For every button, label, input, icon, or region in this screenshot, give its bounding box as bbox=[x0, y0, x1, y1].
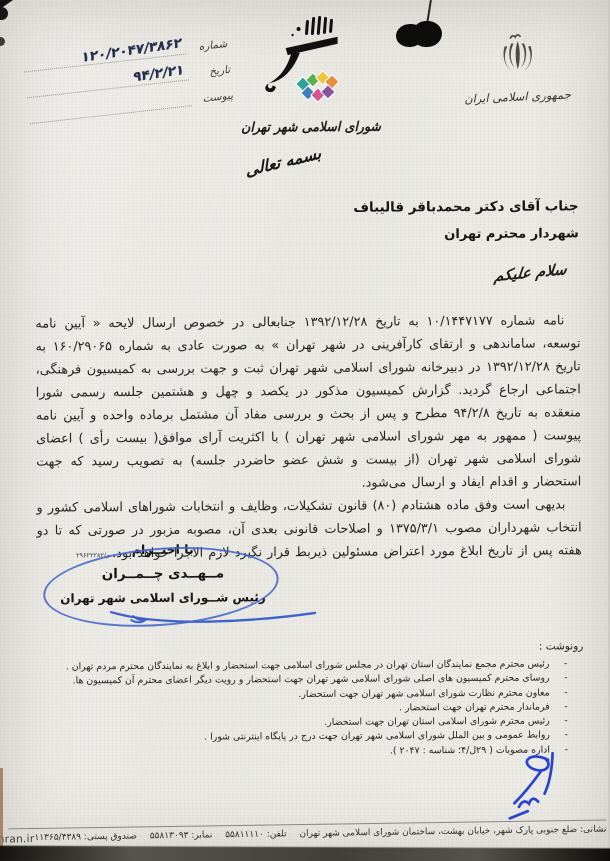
dash-icon: - bbox=[560, 729, 568, 743]
state-emblem-block: جمهوری اسلامی ایران bbox=[450, 28, 585, 104]
cc-label: رونوشت : bbox=[29, 640, 583, 655]
handwritten-blue-note bbox=[490, 744, 586, 831]
letter-body: نامه شماره ۱۰/۱۴۴۷۱۷۷ به تاریخ ۱۳۹۲/۱۲/۲… bbox=[35, 309, 582, 567]
bismillah-calligraphy: بسمه تعالی bbox=[229, 139, 338, 184]
council-logo-block: شورای اسلامی شهر تهران bbox=[240, 12, 369, 135]
date-label: تاریخ bbox=[188, 64, 231, 81]
cc-item-text: معاون محترم نظارت شورای اسلامی شهر تهران… bbox=[298, 686, 549, 702]
scanned-letter-page: شماره ۱۲۰/۲۰۴۷/۳۸۶۲ تاریخ ۹۴/۲/۲۱ پیوست bbox=[0, 0, 610, 861]
dash-icon: - bbox=[560, 715, 568, 729]
recipient-name: جناب آقای دکتر محمدباقر قالیباف bbox=[353, 198, 578, 215]
footer-phone-label: تلفن: bbox=[267, 829, 287, 839]
body-paragraph-1: نامه شماره ۱۰/۱۴۴۷۱۷۷ به تاریخ ۱۳۹۲/۱۲/۲… bbox=[35, 309, 581, 496]
scan-bottom-shadow bbox=[0, 846, 610, 861]
cc-item-text: رئیس محترم شورای اسلامی استان تهران جهت … bbox=[324, 715, 550, 731]
dash-icon: - bbox=[559, 657, 567, 671]
footer-pobox-label: صندوق پستی: bbox=[84, 832, 137, 843]
handwritten-date: ۹۴/۲/۲۱ bbox=[133, 62, 185, 86]
footer-fax-label: نمابر: bbox=[191, 830, 212, 840]
state-name: جمهوری اسلامی ایران bbox=[450, 87, 585, 107]
footer-fax: ۵۵۸۱۳۰۹۳ bbox=[150, 831, 189, 842]
attachment-label: پیوست bbox=[191, 90, 234, 107]
council-name: شورای اسلامی شهر تهران bbox=[241, 118, 369, 135]
footer-phone: ۵۵۸۱۱۱۱۰ bbox=[225, 830, 264, 841]
cc-section: رونوشت : -رئیس محترم مجمع نمایندگان استا… bbox=[29, 640, 584, 760]
staple-mark bbox=[396, 20, 456, 60]
council-calligraphy-logo-icon bbox=[249, 12, 360, 115]
handwritten-number: ۱۲۰/۲۰۴۷/۳۸۶۲ bbox=[81, 35, 182, 66]
cc-item-text: فرماندار محترم تهران جهت استحضار . bbox=[399, 700, 550, 715]
dash-icon: - bbox=[559, 672, 567, 686]
salutation-calligraphy: سلام علیکم bbox=[446, 260, 568, 289]
footer-pobox: ۱۱۳۶۵/۴۳۸۹ bbox=[34, 832, 81, 843]
recipient-block: جناب آقای دکتر محمدباقر قالیباف شهردار م… bbox=[353, 198, 579, 242]
letterhead-reference-block: شماره ۱۲۰/۲۰۴۷/۳۸۶۲ تاریخ ۹۴/۲/۲۱ پیوست bbox=[22, 32, 234, 132]
footer-contact-line: نشانی: ضلع جنوبی پارک شهر، خیابان بهشت، … bbox=[34, 825, 606, 843]
dash-icon: - bbox=[560, 700, 568, 714]
number-label: شماره bbox=[185, 38, 228, 55]
footer-address: نشانی: ضلع جنوبی پارک شهر، خیابان بهشت، … bbox=[299, 825, 606, 840]
dash-icon: - bbox=[560, 686, 568, 700]
iran-emblem-icon bbox=[493, 29, 541, 81]
recipient-title: شهردار محترم تهران bbox=[353, 226, 578, 242]
pen-signature-swash bbox=[105, 599, 323, 634]
footer-bar: نشانی: ضلع جنوبی پارک شهر، خیابان بهشت، … bbox=[8, 820, 606, 846]
